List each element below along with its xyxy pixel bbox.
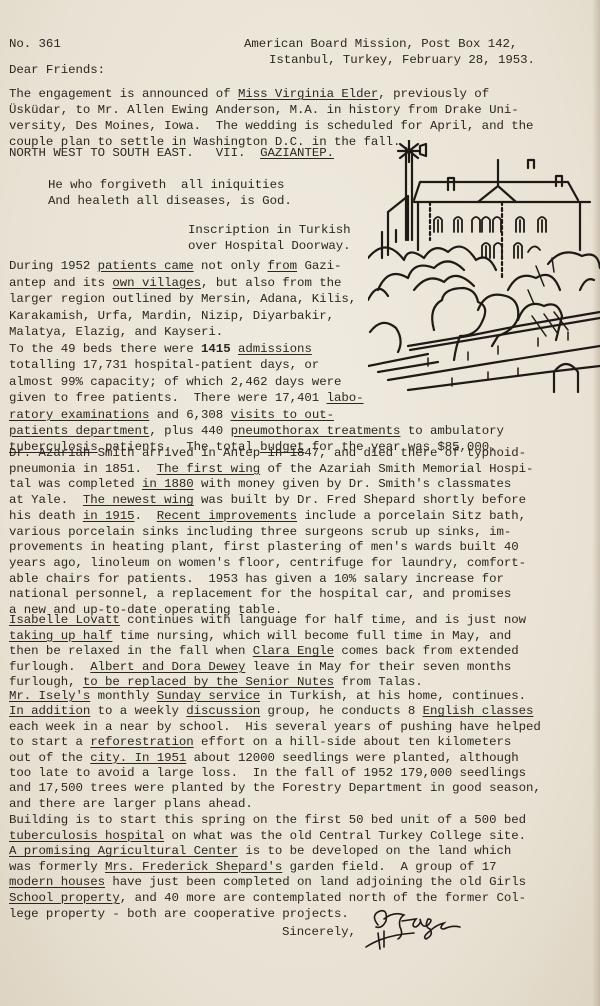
text-line: and 17,500 trees were planted by the For… [9, 780, 541, 797]
salutation: Dear Friends: [9, 62, 105, 79]
text-line: provements in heating plant, first plast… [9, 539, 519, 556]
text-line: A promising Agricultural Center is to be… [9, 843, 511, 860]
inscription-caption-2: over Hospital Doorway. [188, 238, 350, 255]
text-line: then be relaxed in the fall when Clara E… [9, 643, 519, 660]
text-line: out of the city. In 1951 about 12000 see… [9, 750, 519, 767]
text-line: years ago, linoleum on women's floor, ce… [9, 555, 526, 572]
text-line: Mr. Isely's monthly Sunday service in Tu… [9, 688, 526, 705]
text-line: larger region outlined by Mersin, Adana,… [9, 291, 356, 308]
text-line: The engagement is announced of Miss Virg… [9, 86, 489, 103]
text-line: To the 49 beds there were 1415 admission… [9, 341, 312, 358]
hospital-illustration [368, 140, 600, 400]
text-line: patients department, plus 440 pneumothor… [9, 423, 504, 440]
text-line: national personnel, a replacement for th… [9, 586, 511, 603]
text-line: Karakamish, Urfa, Mardin, Nizip, Diyarba… [9, 308, 334, 325]
text-line: given to free patients. There were 17,40… [9, 390, 364, 407]
text-line: able chairs for patients. 1953 has given… [9, 571, 504, 588]
text-line: Building is to start this spring on the … [9, 812, 526, 829]
text-line: too late to avoid a large loss. In the f… [9, 765, 526, 782]
text-line: and there are larger plans ahead. [9, 796, 253, 813]
text-line: During 1952 patients came not only from … [9, 258, 341, 275]
text-line: Isabelle Lovatt continues with language … [9, 612, 526, 629]
text-line: ratory examinations and 6,308 visits to … [9, 407, 334, 424]
text-line: modern houses have just been completed o… [9, 874, 526, 891]
handwritten-signature [364, 905, 474, 955]
letter-date: Istanbul, Turkey, February 28, 1953. [269, 52, 535, 69]
sender-address: American Board Mission, Post Box 142, [244, 36, 517, 53]
text-line: almost 99% capacity; of which 2,462 days… [9, 374, 341, 391]
text-line: to start a reforestration effort on a hi… [9, 734, 511, 751]
inscription-caption-1: Inscription in Turkish [188, 222, 350, 239]
text-line: Dr. Azariah Smith arrived in Antep in 18… [9, 445, 526, 462]
text-line: pneumonia in 1851. The first wing of the… [9, 461, 533, 478]
text-line: Malatya, Elazig, and Kayseri. [9, 324, 223, 341]
section-heading-place: GAZIANTEP. [260, 146, 334, 160]
text-line: various porcelain sinks including three … [9, 524, 511, 541]
text-line: versity, Des Moines, Iowa. The wedding i… [9, 118, 533, 135]
text-line: at Yale. The newest wing was built by Dr… [9, 492, 526, 509]
text-line: taking up half time nursing, which will … [9, 628, 511, 645]
text-line: tal was completed in 1880 with money giv… [9, 476, 511, 493]
text-line: lege property - both are cooperative pro… [9, 906, 349, 923]
letter-number: No. 361 [9, 36, 61, 53]
text-line: totalling 17,731 hospital-patient days, … [9, 357, 319, 374]
valediction: Sincerely, [282, 924, 356, 941]
text-line: each week in a near by school. His sever… [9, 719, 541, 736]
section-heading-prefix: NORTH WEST TO SOUTH EAST. VII. [9, 146, 260, 160]
section-heading: NORTH WEST TO SOUTH EAST. VII. GAZIANTEP… [9, 145, 334, 162]
inscription-line-2: And healeth all diseases, is God. [48, 193, 292, 210]
text-line: his death in 1915. Recent improvements i… [9, 508, 526, 525]
text-line: Üsküdar, to Mr. Allen Ewing Anderson, M.… [9, 102, 519, 119]
text-line: furlough. Albert and Dora Dewey leave in… [9, 659, 511, 676]
text-line: was formerly Mrs. Frederick Shepard's ga… [9, 859, 496, 876]
inscription-line-1: He who forgiveth all iniquities [48, 177, 284, 194]
windmill-icon [398, 140, 426, 240]
text-line: tuberculosis hospital on what was the ol… [9, 828, 526, 845]
text-line: antep and its own villages, but also fro… [9, 275, 341, 292]
text-line: In addition to a weekly discussion group… [9, 703, 533, 720]
